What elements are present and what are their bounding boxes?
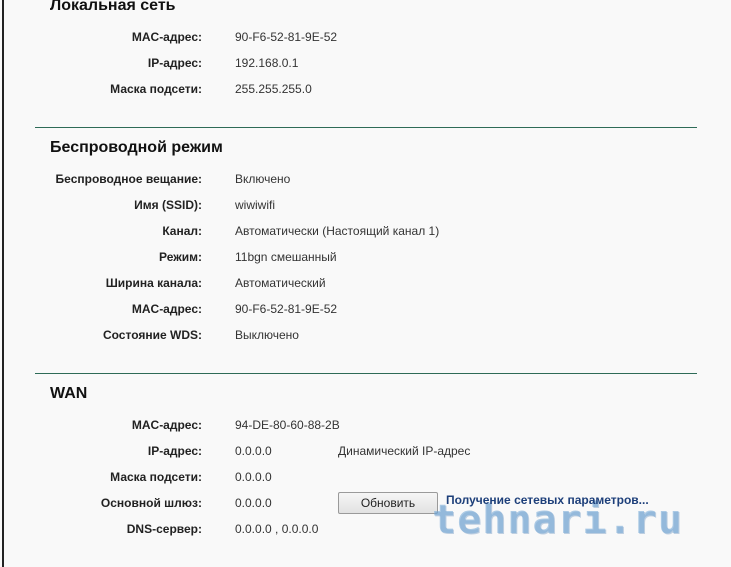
wireless-mode-label: Режим:	[2, 247, 202, 267]
section-title-lan: Локальная сеть	[50, 0, 176, 15]
wireless-mac-value: 90-F6-52-81-9E-52	[235, 299, 337, 319]
wireless-width-value: Автоматический	[235, 273, 326, 293]
wireless-mac-label: MAC-адрес:	[2, 299, 202, 319]
wireless-wds-value: Выключено	[235, 325, 299, 345]
section-divider	[35, 127, 697, 128]
wireless-ssid-label: Имя (SSID):	[2, 195, 202, 215]
section-title-wireless: Беспроводной режим	[50, 139, 223, 157]
wan-gateway-value: 0.0.0.0	[235, 493, 272, 513]
wan-ip-label: IP-адрес:	[2, 441, 202, 461]
wan-gateway-label: Основной шлюз:	[2, 493, 202, 513]
wireless-mode-value: 11bgn смешанный	[235, 247, 337, 267]
wan-mask-value: 0.0.0.0	[235, 467, 272, 487]
wireless-wds-label: Состояние WDS:	[2, 325, 202, 345]
wan-mac-value: 94-DE-80-60-88-2B	[235, 415, 340, 435]
wireless-ssid-value: wiwiwifi	[235, 195, 275, 215]
wan-status-text: Получение сетевых параметров...	[446, 493, 649, 507]
wan-ip-type: Динамический IP-адрес	[338, 441, 470, 461]
wireless-channel-value: Автоматически (Настоящий канал 1)	[235, 221, 439, 241]
section-divider	[35, 373, 697, 374]
wan-mask-label: Маска подсети:	[2, 467, 202, 487]
lan-mask-label: Маска подсети:	[2, 79, 202, 99]
wireless-broadcast-label: Беспроводное вещание:	[2, 169, 202, 189]
wan-dns-value: 0.0.0.0 , 0.0.0.0	[235, 519, 318, 539]
lan-mask-value: 255.255.255.0	[235, 79, 312, 99]
section-title-wan: WAN	[50, 385, 87, 403]
lan-mac-label: MAC-адрес:	[2, 27, 202, 47]
lan-ip-value: 192.168.0.1	[235, 53, 298, 73]
wan-dns-label: DNS-сервер:	[2, 519, 202, 539]
wan-ip-value: 0.0.0.0	[235, 441, 272, 461]
wireless-broadcast-value: Включено	[235, 169, 290, 189]
refresh-button[interactable]: Обновить	[338, 492, 438, 514]
lan-mac-value: 90-F6-52-81-9E-52	[235, 27, 337, 47]
wan-mac-label: MAC-адрес:	[2, 415, 202, 435]
wireless-channel-label: Канал:	[2, 221, 202, 241]
wireless-width-label: Ширина канала:	[2, 273, 202, 293]
lan-ip-label: IP-адрес:	[2, 53, 202, 73]
